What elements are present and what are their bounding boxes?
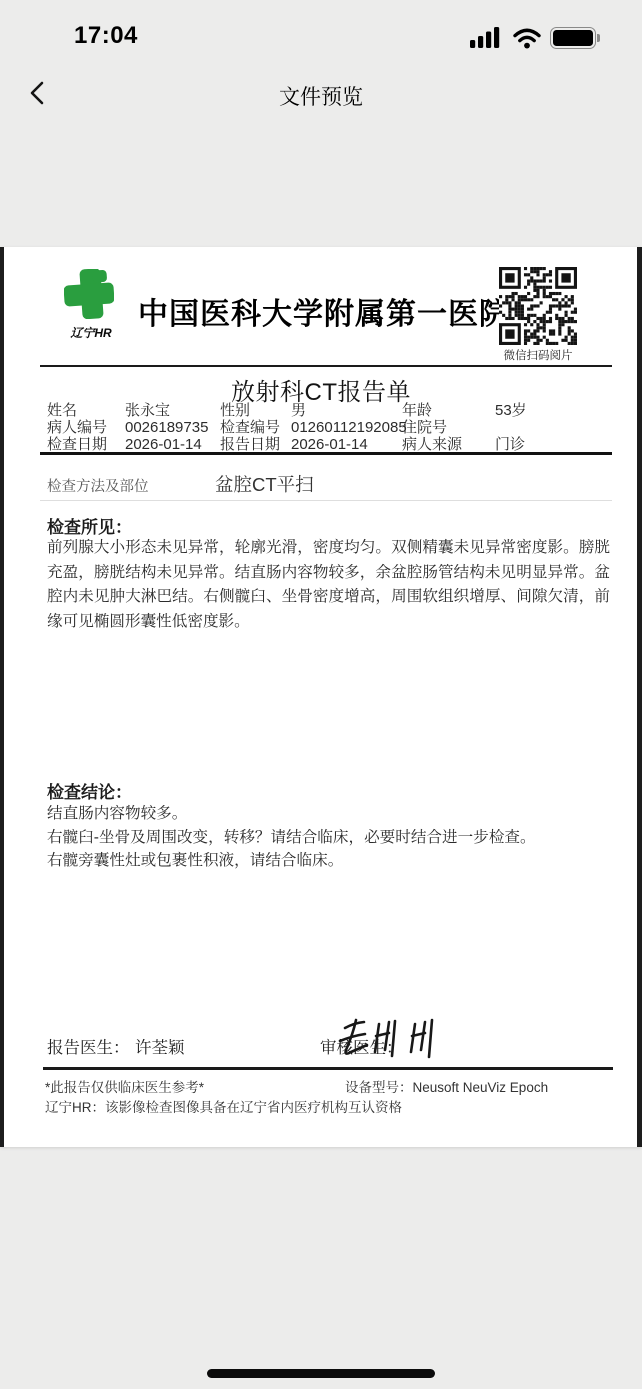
mutual-recognition-text: 辽宁HR：该影像检查图像具备在辽宁省内医疗机构互认资格: [45, 1096, 402, 1116]
field-value: 张永宝: [125, 403, 220, 419]
conclusion-text: 结直肠内容物较多。 右髋臼-坐骨及周围改变，转移？请结合临床，必要时结合进一步检…: [47, 802, 610, 873]
field-label: 检查编号: [220, 420, 291, 436]
field-label: 报告日期: [220, 437, 291, 453]
field-label: 姓名: [47, 403, 125, 419]
header-divider: [40, 365, 612, 367]
method-value: 盆腔CT平扫: [215, 471, 314, 497]
home-indicator[interactable]: [207, 1369, 435, 1378]
field-label: 性别: [220, 403, 291, 419]
file-preview-screen: { "status_bar": { "time": "17:04" }, "na…: [0, 0, 642, 1389]
field-label: 病人来源: [402, 437, 495, 453]
field-value: 门诊: [495, 437, 612, 453]
status-bar: 17:04: [0, 0, 642, 60]
method-divider: [40, 500, 612, 501]
qr-caption: 微信扫码阅片: [483, 347, 593, 363]
nav-bar: 文件预览: [0, 60, 642, 130]
page-title: 文件预览: [279, 81, 363, 111]
table-divider: [40, 452, 612, 455]
field-value: 男: [291, 403, 402, 419]
field-value: 0026189735: [125, 420, 220, 436]
field-label: 年龄: [402, 403, 495, 419]
field-value: 2026-01-14: [291, 437, 402, 453]
field-label: 病人编号: [47, 420, 125, 436]
device-value: Neusoft NeuViz Epoch: [413, 1080, 549, 1095]
status-icons: [470, 26, 596, 50]
clock: 17:04: [74, 22, 138, 50]
report-doctor-label: 报告医生：: [47, 1034, 130, 1058]
findings-heading: 检查所见：: [47, 513, 132, 538]
wechat-qr-code: [499, 267, 577, 345]
device-label: 设备型号：: [345, 1080, 413, 1095]
cellular-signal-icon: [470, 27, 504, 49]
findings-text: 前列腺大小形态未见异常，轮廓光滑，密度均匀。双侧精囊未见异常密度影。膀胱充盈，膀…: [47, 536, 610, 634]
logo-text: 辽宁HR: [64, 324, 118, 341]
wifi-icon: [513, 28, 541, 49]
report-doctor-name: 许荃颖: [135, 1034, 185, 1058]
back-button[interactable]: [20, 75, 52, 111]
field-value: 01260112192085: [291, 420, 402, 436]
footer-divider: [43, 1067, 613, 1070]
battery-icon: [550, 27, 596, 49]
field-value: 2026-01-14: [125, 437, 220, 453]
hospital-logo-cross-icon: [64, 269, 114, 319]
report-title: 放射科CT报告单: [0, 372, 642, 407]
device-info: 设备型号：Neusoft NeuViz Epoch: [345, 1076, 548, 1096]
chevron-left-icon: [28, 80, 45, 106]
field-value: [495, 420, 612, 436]
hospital-name: 中国医科大学附属第一医院: [138, 289, 510, 333]
conclusion-heading: 检查结论：: [47, 778, 132, 803]
field-value: 53岁: [495, 403, 612, 419]
patient-info-table: 姓名 张永宝 性别 男 年龄 53岁 病人编号 0026189735 检查编号 …: [47, 403, 612, 453]
field-label: 住院号: [402, 420, 495, 436]
review-doctor-signature: [335, 1014, 453, 1064]
disclaimer-text: *此报告仅供临床医生参考*: [45, 1076, 204, 1096]
field-label: 检查日期: [47, 437, 125, 453]
method-label: 检查方法及部位: [47, 475, 149, 496]
report-document[interactable]: 辽宁HR 中国医科大学附属第一医院 微信扫码阅片 放射科CT报告单 姓名 张永宝…: [0, 247, 642, 1147]
